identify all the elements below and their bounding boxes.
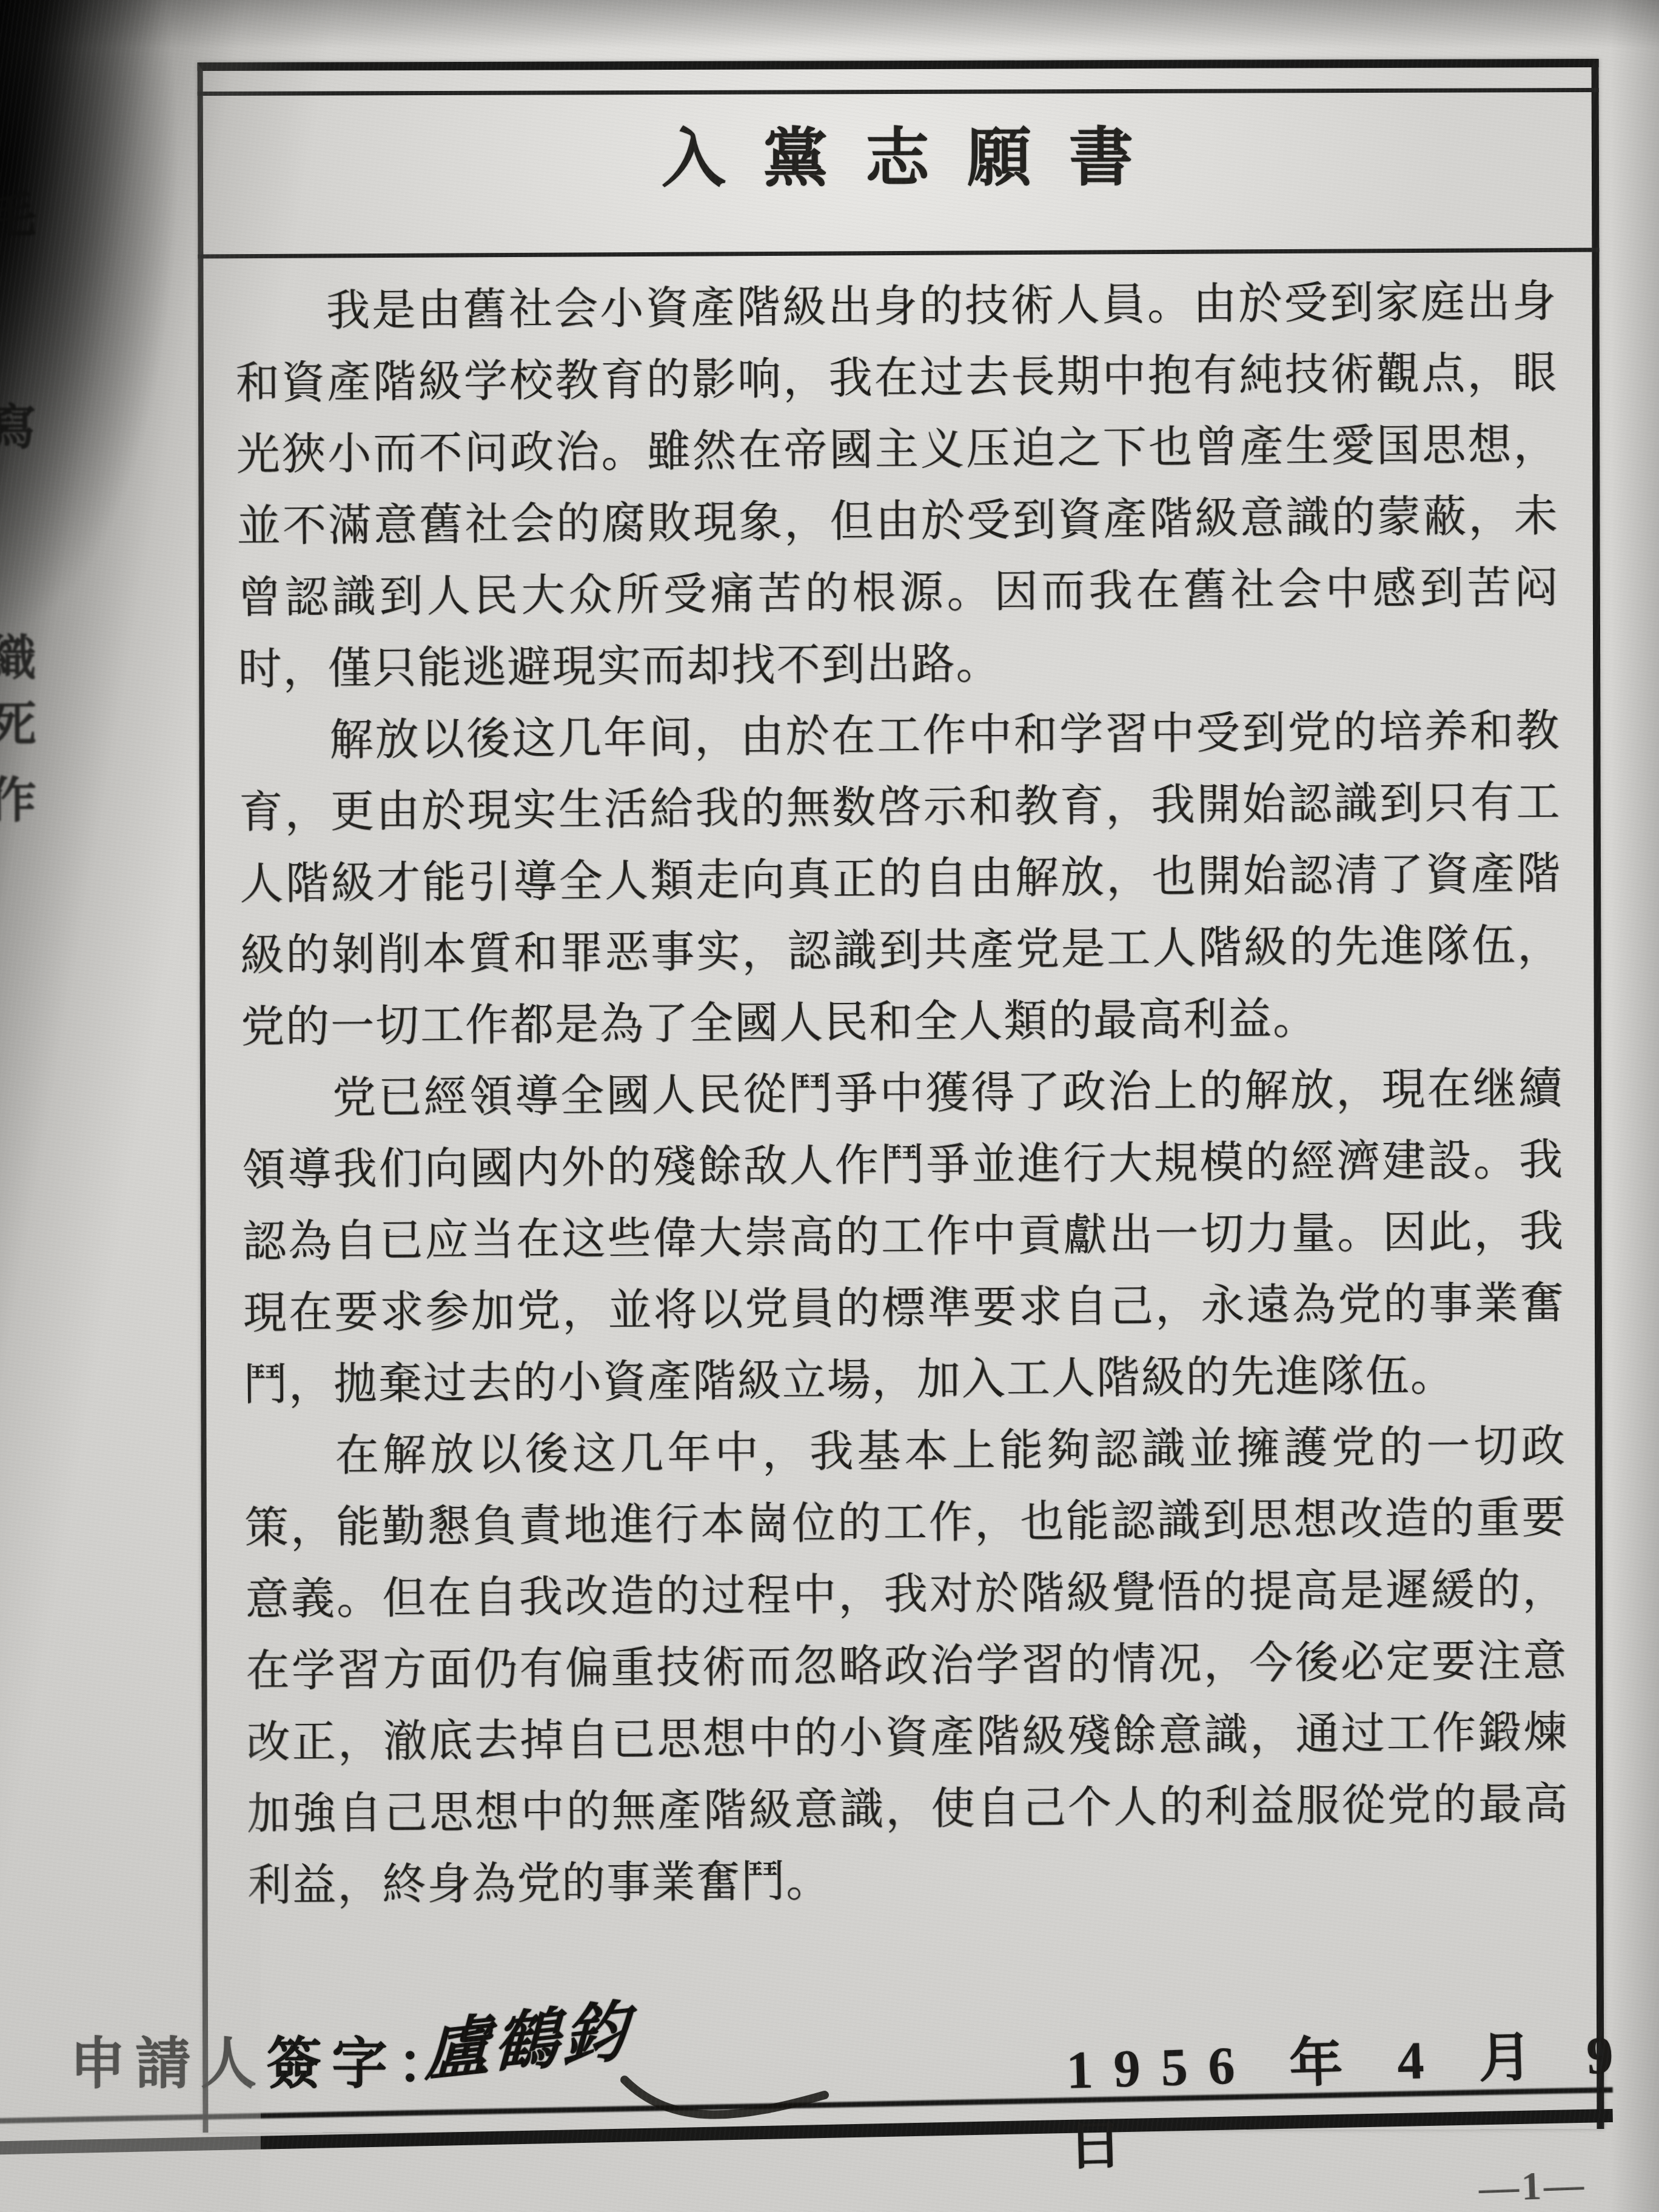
ghost-character: 織	[0, 618, 42, 688]
application-body-text: 我是由舊社会小資產階級出身的技術人員。由於受到家庭出身和資產階級学校教育的影响，…	[235, 266, 1570, 2034]
ghost-character: 作	[0, 761, 42, 831]
ghost-character: 寫	[0, 388, 42, 458]
signature-label: 申請人簽字：	[70, 2019, 463, 2099]
document-frame: 入黨志願書 我是由舊社会小資產階級出身的技術人員。由於受到家庭出身和資產階級学校…	[198, 59, 1604, 2133]
page-title: 入黨志願書	[203, 105, 1592, 201]
body-paragraph: 党已經領導全國人民從鬥爭中獲得了政治上的解放，現在继續領導我们向國内外的殘餘敌人…	[241, 1053, 1566, 1421]
frame-inner-top-line	[198, 88, 1599, 96]
body-paragraph: 在解放以後这几年中，我基本上能夠認識並擁護党的一切政策，能勤懇負責地進行本崗位的…	[244, 1410, 1569, 1922]
document-photo: 入黨志願書 我是由舊社会小資產階級出身的技術人員。由於受到家庭出身和資產階級学校…	[0, 0, 1659, 2212]
body-paragraph: 我是由舊社会小資產階級出身的技術人員。由於受到家庭出身和資產階級学校教育的影响，…	[235, 266, 1560, 705]
signature-flourish-stroke	[618, 2062, 837, 2134]
page-number: —1—	[1478, 2162, 1587, 2211]
right-edge-shadow	[1610, 0, 1659, 2212]
top-edge-shadow	[0, 0, 1659, 49]
body-paragraph: 解放以後这几年间，由於在工作中和学習中受到党的培养和教育，更由於現实生活給我的無…	[238, 695, 1563, 1063]
date-field: 1956 年 4 月 9 日	[1065, 2011, 1659, 2180]
ghost-character: 死	[0, 685, 42, 755]
ghost-character: 毛	[0, 176, 42, 246]
title-separator-line	[198, 248, 1599, 259]
